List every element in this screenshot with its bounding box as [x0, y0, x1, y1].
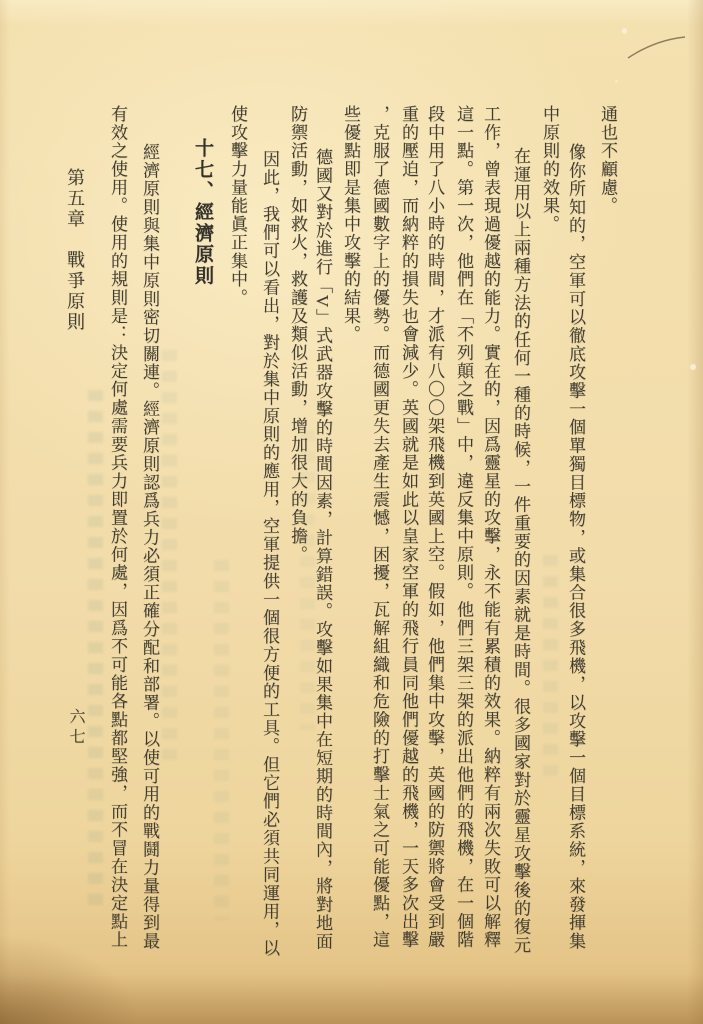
page-number: 六七 [61, 708, 83, 788]
text-column: 經濟原則與集中原則密切關連。經濟原則認爲兵力必須正確分配和部署。以使可用的戰鬪力… [138, 143, 158, 1023]
text-column: 段中用了八小時的時間，才派有八〇〇架飛機到英國上空。假如，他們集中攻擊，英國的防… [423, 105, 443, 985]
text-column: 防禦活動，如救火，救護及類似活動，增加很大的負擔。 [286, 105, 306, 985]
text-column: 中原則的效果。 [538, 105, 558, 985]
text-column: 重的壓迫，而納粹的損失也會減少。英國就是如此以皇家空軍的飛行員同他們優越的飛機，… [397, 105, 417, 985]
scanned-book-page: 通也不顧慮。像你所知的，空軍可以徹底攻擊一個單獨目標物，或集合很多飛機，以攻擊一… [0, 0, 703, 1024]
text-column: 在運用以上兩種方法的任何一種的時候，一件重要的因素就是時間。很多國家對於靈星攻擊… [509, 147, 529, 1024]
text-column: ，克服了德國數字上的優勢。而德國更失去產生震憾，困擾，瓦解組織和危險的打擊士氣之… [368, 105, 388, 985]
text-column: 工作，曾表現過優越的能力。實在的，因爲靈星的攻擊，永不能有累積的效果。納粹有兩次… [479, 105, 499, 985]
text-column: 因此，我們可以看出，對於集中原則的應用，空軍提供一個很方便的工具。但它們必須共同… [258, 150, 278, 1024]
text-column: 像你所知的，空軍可以徹底攻擊一個單獨目標物，或集合很多飛機，以攻擊一個目標系統，… [564, 143, 584, 1023]
text-column: 有效之使用。使用的規則是：決定何處需要兵力即置於何處，因爲不可能各點都堅強，而不… [106, 105, 126, 985]
page-text-layer: 通也不顧慮。像你所知的，空軍可以徹底攻擊一個單獨目標物，或集合很多飛機，以攻擊一… [0, 0, 703, 1024]
section-heading: 十七、經濟原則 [186, 138, 212, 1018]
text-column: 使攻擊力量能眞正集中。 [226, 105, 246, 985]
text-column: 這一點。第一次，他們在「不列顛之戰」中，違反集中原則。他們三架三架的派出他們的飛… [452, 105, 472, 985]
text-column: 德國又對於進行「V」式武器攻擊的時間因素，計算錯誤。攻擊如果集中在短期的時間內，… [311, 148, 331, 1024]
text-column: 些優點即是集中攻擊的結果。 [339, 105, 359, 985]
text-column: 通也不顧慮。 [596, 105, 616, 985]
